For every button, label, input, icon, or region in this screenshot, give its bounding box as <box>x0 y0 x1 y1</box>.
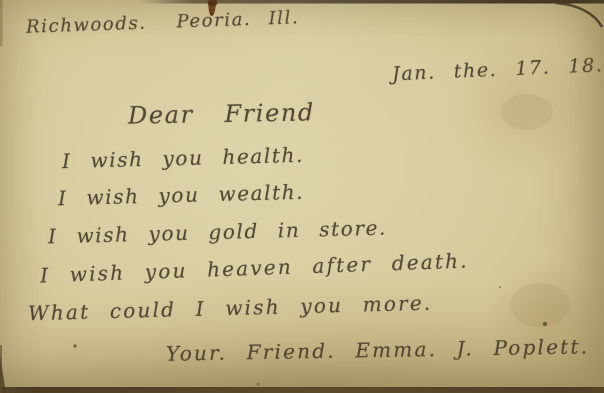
left-edge-shadow <box>0 0 3 46</box>
top-edge-shadow <box>138 0 604 4</box>
bottom-left-corner-shadow <box>0 355 6 393</box>
bottom-edge-shadow <box>0 387 604 393</box>
speck <box>543 322 547 326</box>
verse-line: I wish you heaven after death. <box>40 249 469 288</box>
speck <box>73 344 76 347</box>
speck <box>543 322 547 326</box>
speck <box>257 383 260 386</box>
corner-curve-edge <box>556 3 602 27</box>
location-place: Richwoods. <box>26 13 147 38</box>
location-city: Peoria. Ill. <box>176 7 299 32</box>
speck <box>499 286 501 288</box>
signature-line: Your. Friend. Emma. J. Poplett. <box>166 334 590 365</box>
verse-line: I wish you health. <box>62 143 305 173</box>
verse-line: What could I wish you more. <box>28 291 433 326</box>
photo-of-album-page: Richwoods.Peoria. Ill. Jan. the. 17. 18.… <box>0 0 604 393</box>
verse-line: I wish you gold in store. <box>48 216 387 249</box>
drip-stain-head <box>208 0 218 6</box>
faint-stain <box>510 283 570 327</box>
location-line: Richwoods.Peoria. Ill. <box>26 7 300 38</box>
date-line: Jan. the. 17. 18.87. <box>392 53 604 86</box>
salutation: Dear Friend <box>128 98 315 129</box>
faint-stain <box>501 94 553 130</box>
verse-line: I wish you wealth. <box>58 180 305 210</box>
album-page: Richwoods.Peoria. Ill. Jan. the. 17. 18.… <box>0 0 604 393</box>
left-lower-edge-shadow <box>0 345 2 393</box>
